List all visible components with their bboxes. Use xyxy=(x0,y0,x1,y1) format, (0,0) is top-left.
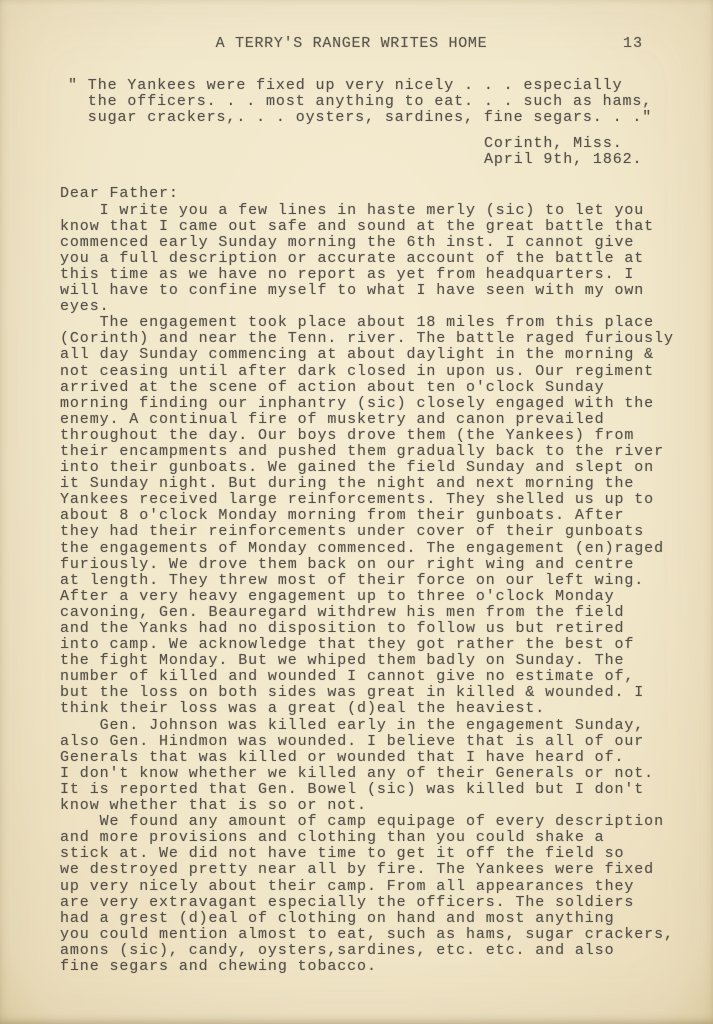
page-title: A TERRY'S RANGER WRITES HOME xyxy=(216,35,488,52)
letter-paragraph-1: I write you a few lines in haste merly (… xyxy=(60,203,643,316)
letter-paragraph-3: Gen. Johnson was killed early in the eng… xyxy=(60,718,643,815)
epigraph-quote: " The Yankees were fixed up very nicely … xyxy=(68,78,643,126)
running-header: A TERRY'S RANGER WRITES HOME 13 xyxy=(60,36,643,52)
letter-paragraph-4: We found any amount of camp equipage of … xyxy=(60,814,643,975)
letter-dateline: Corinth, Miss. April 9th, 1862. xyxy=(60,136,643,168)
scanned-letter-page: A TERRY'S RANGER WRITES HOME 13 " The Ya… xyxy=(0,0,713,1024)
letter-salutation: Dear Father: xyxy=(60,186,643,202)
letter-paragraph-2: The engagement took place about 18 miles… xyxy=(60,315,643,717)
page-number: 13 xyxy=(623,36,643,52)
